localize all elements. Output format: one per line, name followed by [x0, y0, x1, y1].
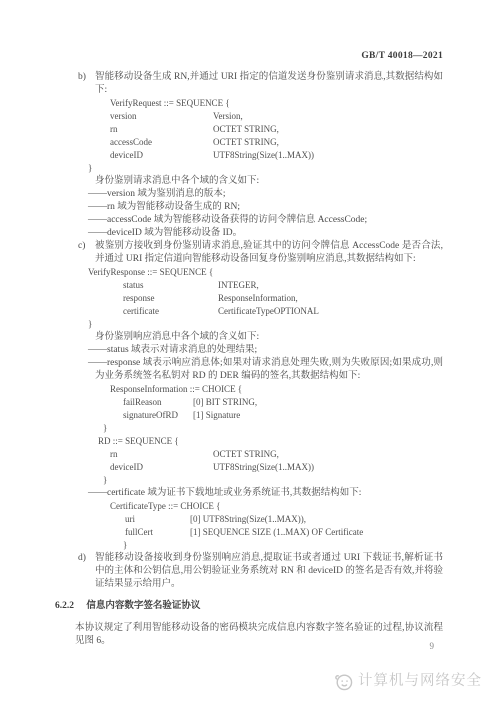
code-block-rd: RD ::= SEQUENCE { rn OCTET STRING, devic… — [55, 435, 443, 487]
subsection-paragraph: 本协议规定了利用智能移动设备的密码模块完成信息内容数字签名验证的过程,协议流程见… — [75, 622, 443, 648]
code-close-brace: } — [103, 474, 443, 487]
code-field-row: fullCert [1] SEQUENCE SIZE (1..MAX) OF C… — [125, 526, 443, 539]
code-field-name: uri — [125, 513, 190, 526]
code-field-row: version Version, — [110, 110, 443, 123]
subsection-number: 6.2.2 — [55, 601, 74, 611]
code-field-row: signatureOfRD [1] Signature — [123, 409, 443, 422]
list-text-b: 智能移动设备生成 RN,并通过 URI 指定的信道发送身份鉴别请求消息,其数据结… — [95, 71, 443, 97]
code-field-type: [0] BIT STRING, — [193, 396, 257, 409]
code-field-type: UTF8String(Size(1..MAX)) — [213, 461, 314, 474]
dash-item: ——version 域为鉴别消息的版本; — [88, 188, 443, 201]
code-field-type: INTEGER, — [218, 279, 259, 292]
code-field-type: UTF8String(Size(1..MAX)) — [213, 149, 314, 162]
code-field-row: failReason [0] BIT STRING, — [123, 396, 443, 409]
code-block-certificate-type: CertificateType ::= CHOICE { uri [0] UTF… — [55, 500, 443, 552]
code-field-name: fullCert — [125, 526, 190, 539]
list-label-c: c) — [78, 240, 95, 266]
code-field-row: accessCode OCTET STRING, — [110, 136, 443, 149]
dash-item-status: ——status 域表示对请求消息的处理结果; — [88, 344, 443, 357]
dash-item-certificate: ——certificate 域为证书下载地址或业务系统证书,其数据结构如下: — [88, 487, 443, 500]
code-block-response-information: ResponseInformation ::= CHOICE { failRea… — [55, 383, 443, 435]
code-head: CertificateType ::= CHOICE { — [110, 500, 443, 513]
watermark-text: 计算机与网络安全 — [358, 675, 482, 688]
code-field-row: deviceID UTF8String(Size(1..MAX)) — [110, 149, 443, 162]
code-close-brace: } — [123, 539, 443, 552]
document-page: GB/T 40018—2021 b) 智能移动设备生成 RN,并通过 URI 指… — [0, 0, 500, 707]
code-field-row: uri [0] UTF8String(Size(1..MAX)), — [125, 513, 443, 526]
code-field-type: Version, — [213, 110, 243, 123]
subsection-heading: 6.2.2 信息内容数字签名验证协议 — [55, 600, 443, 613]
document-body: b) 智能移动设备生成 RN,并通过 URI 指定的信道发送身份鉴别请求消息,其… — [55, 71, 443, 648]
code-field-name: rn — [110, 123, 213, 136]
dash-item: ——accessCode 域为智能移动设备获得的访问令牌信息 AccessCod… — [88, 214, 443, 227]
subsection-title: 信息内容数字签名验证协议 — [86, 601, 200, 611]
code-field-row: rn OCTET STRING, — [110, 448, 443, 461]
code-field-name: signatureOfRD — [123, 409, 193, 422]
code-field-name: rn — [110, 448, 213, 461]
code-block-verify-request: VerifyRequest ::= SEQUENCE { version Ver… — [55, 97, 443, 175]
list-item-b: b) 智能移动设备生成 RN,并通过 URI 指定的信道发送身份鉴别请求消息,其… — [78, 71, 443, 97]
code-field-type: [0] UTF8String(Size(1..MAX)), — [190, 513, 306, 526]
dash-item-response: ——response 域表示响应消息体;如果对请求消息处理失败,则为失败原因;如… — [88, 357, 443, 383]
list-item-c: c) 被鉴别方接收到身份鉴别请求消息,验证其中的访问令牌信息 AccessCod… — [78, 240, 443, 266]
code-field-type: ResponseInformation, — [218, 292, 298, 305]
fields-intro-b: 身份鉴别请求消息中各个域的含义如下: — [95, 175, 443, 188]
watermark-logo-icon — [333, 671, 354, 692]
dash-item: ——deviceID 域为智能移动设备 ID。 — [88, 227, 443, 240]
watermark: 计算机与网络安全 — [333, 671, 482, 692]
code-head: VerifyRequest ::= SEQUENCE { — [110, 97, 443, 110]
code-field-type: OCTET STRING, — [213, 448, 279, 461]
code-field-row: status INTEGER, — [123, 279, 443, 292]
code-head: ResponseInformation ::= CHOICE { — [110, 383, 443, 396]
code-field-name: certificate — [123, 305, 218, 318]
code-field-name: failReason — [123, 396, 193, 409]
code-close-brace: } — [88, 318, 443, 331]
code-block-verify-response: VerifyResponse ::= SEQUENCE { status INT… — [55, 266, 443, 331]
code-field-type: [1] Signature — [193, 409, 240, 422]
code-field-name: deviceID — [110, 149, 213, 162]
list-item-d: d) 智能移动设备接收到身份鉴别响应消息,提取证书或者通过 URI 下载证书,解… — [78, 552, 443, 591]
code-field-name: deviceID — [110, 461, 213, 474]
code-field-name: accessCode — [110, 136, 213, 149]
list-text-c: 被鉴别方接收到身份鉴别请求消息,验证其中的访问令牌信息 AccessCode 是… — [95, 240, 443, 266]
code-close-brace: } — [103, 422, 443, 435]
page-number: 9 — [430, 640, 435, 653]
code-field-name: status — [123, 279, 218, 292]
fields-intro-c: 身份鉴别响应消息中各个域的含义如下: — [95, 331, 443, 344]
code-field-row: deviceID UTF8String(Size(1..MAX)) — [110, 461, 443, 474]
code-field-type: OCTET STRING, — [213, 136, 279, 149]
doc-number-header: GB/T 40018—2021 — [361, 50, 443, 63]
code-field-name: version — [110, 110, 213, 123]
code-field-row: rn OCTET STRING, — [110, 123, 443, 136]
list-label-b: b) — [78, 71, 95, 97]
code-field-type: [1] SEQUENCE SIZE (1..MAX) OF Certificat… — [190, 526, 363, 539]
code-field-row: certificate CertificateTypeOPTIONAL — [123, 305, 443, 318]
code-field-name: response — [123, 292, 218, 305]
code-field-type: OCTET STRING, — [213, 123, 279, 136]
code-head: VerifyResponse ::= SEQUENCE { — [88, 266, 443, 279]
dash-item: ——rn 域为智能移动设备生成的 RN; — [88, 201, 443, 214]
code-field-type: CertificateTypeOPTIONAL — [218, 305, 319, 318]
code-close-brace: } — [88, 162, 443, 175]
list-label-d: d) — [78, 552, 95, 591]
code-field-row: response ResponseInformation, — [123, 292, 443, 305]
code-head: RD ::= SEQUENCE { — [98, 435, 443, 448]
list-text-d: 智能移动设备接收到身份鉴别响应消息,提取证书或者通过 URI 下载证书,解析证书… — [95, 552, 443, 591]
